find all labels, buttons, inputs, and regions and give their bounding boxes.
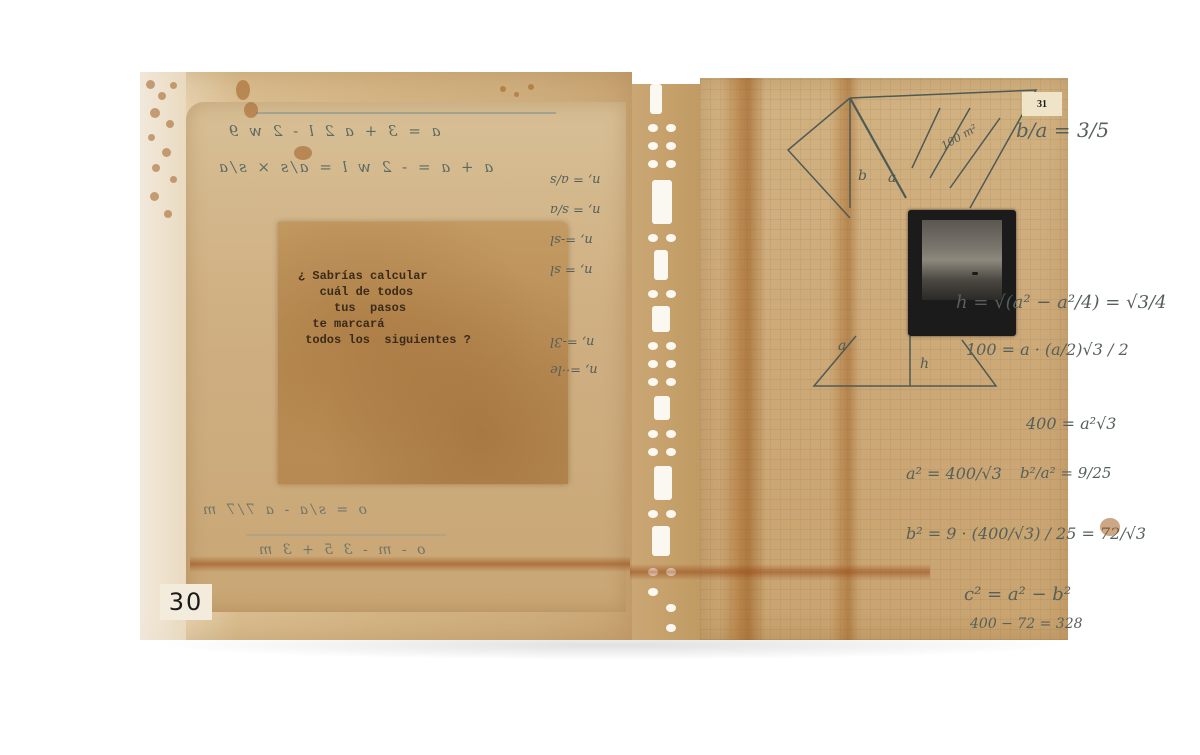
binding-hole <box>648 430 658 438</box>
margin-equation: n, = a/s <box>550 172 600 187</box>
binding-hole <box>666 448 676 456</box>
binding-hole <box>648 234 658 242</box>
equation-a-squared: a² = 400/√3 <box>906 464 1002 483</box>
stain-spot <box>294 146 312 160</box>
poem-line-4: te marcará <box>298 316 384 332</box>
binding-hole <box>648 360 658 368</box>
binding-hole <box>666 378 676 386</box>
binding-hole <box>666 142 676 150</box>
torn-edge <box>650 84 662 114</box>
svg-text:h: h <box>920 356 929 372</box>
mirrored-equation: a = 3 + a 2 l - 2 w 9 <box>226 122 441 140</box>
stain-spot <box>166 120 174 128</box>
binding-hole <box>648 124 658 132</box>
ruled-line <box>246 534 446 536</box>
ruled-line <box>256 112 556 114</box>
binding-hole <box>648 510 658 518</box>
margin-equation: n, = sl <box>550 262 593 277</box>
stain-spot <box>162 148 171 157</box>
geometry-diagram: b a 100 m² h a <box>700 78 1068 640</box>
binding-hole <box>666 430 676 438</box>
binding-hole <box>648 160 658 168</box>
equation-final: 400 − 72 = 328 <box>970 616 1083 632</box>
torn-edge <box>652 526 670 556</box>
bird-silhouette <box>972 272 978 275</box>
binding-hole <box>648 378 658 386</box>
binding-hole <box>666 234 676 242</box>
stain-spot <box>150 108 160 118</box>
upper-triangle-left <box>788 98 850 218</box>
equation-area: 100 = a · (a/2)√3 / 2 <box>966 340 1129 359</box>
poem-line-1: ¿ Sabrías calcular <box>298 268 428 284</box>
binding-hole <box>666 160 676 168</box>
torn-edge <box>654 466 672 500</box>
poem-line-5: todos los siguientes ? <box>298 332 471 348</box>
horizontal-stain <box>190 556 630 572</box>
stain-spot <box>1100 518 1120 536</box>
binding-hole <box>666 124 676 132</box>
photo-seascape <box>922 220 1002 300</box>
page-number-left: 30 <box>160 584 212 620</box>
equation-height: h = √(a² − a²/4) = √3/4 <box>956 292 1167 313</box>
mirrored-equation: a + a = - 2 w l = a/s × s/a <box>216 158 493 176</box>
stain-spot <box>528 84 534 90</box>
binding-hole <box>648 290 658 298</box>
torn-edge <box>654 396 670 420</box>
svg-text:b: b <box>858 168 867 184</box>
page-number-right: 31 <box>1022 92 1062 116</box>
tintype-photograph <box>908 210 1016 336</box>
margin-equation: n, =··le <box>550 362 598 377</box>
margin-equation: n, =-3l <box>550 334 594 349</box>
stain-spot <box>514 92 519 97</box>
stain-spot <box>500 86 506 92</box>
equation-area2: 400 = a²√3 <box>1026 414 1116 433</box>
stain-spot <box>158 92 166 100</box>
stain-spot <box>150 192 159 201</box>
binding-hole <box>666 510 676 518</box>
stain-spot <box>170 176 177 183</box>
notebook-artwork: a = 3 + a 2 l - 2 w 9 a + a = - 2 w l = … <box>140 68 1068 640</box>
svg-text:a: a <box>838 338 846 354</box>
binding-hole <box>648 448 658 456</box>
svg-text:a: a <box>888 170 896 186</box>
stain-spot <box>244 102 258 118</box>
stain-spot <box>146 80 155 89</box>
poem-line-2: cuál de todos <box>298 284 413 300</box>
binding-hole <box>648 588 658 596</box>
left-page: a = 3 + a 2 l - 2 w 9 a + a = - 2 w l = … <box>140 72 632 640</box>
mirrored-scribble: o = s/a - a 7/7 m <box>200 502 367 518</box>
equation-ratio: b/a = 3/5 <box>1016 118 1109 142</box>
binding-hole <box>648 342 658 350</box>
typed-note-paper: ¿ Sabrías calcular cuál de todos tus pas… <box>278 222 568 484</box>
equation-ratio2: b²/a² = 9/25 <box>1020 464 1111 482</box>
binding-hole <box>648 142 658 150</box>
binding-hole <box>666 360 676 368</box>
torn-edge <box>652 306 670 332</box>
binding-hole <box>666 290 676 298</box>
torn-edge <box>654 250 668 280</box>
binding-hole <box>666 604 676 612</box>
stain-spot <box>152 164 160 172</box>
stain-spot <box>170 82 177 89</box>
notebook-spine <box>632 84 702 640</box>
binding-hole <box>666 342 676 350</box>
right-page: b a 100 m² h a 31 b/a = 3/5 h = √(a² − a… <box>700 78 1068 640</box>
horizontal-stain <box>630 564 930 580</box>
stain-spot <box>236 80 250 100</box>
poem-line-3: tus pasos <box>298 300 406 316</box>
stain-spot <box>164 210 172 218</box>
stain-spot <box>148 134 155 141</box>
equation-c-squared: c² = a² − b² <box>964 584 1071 605</box>
margin-equation: n, =-sl <box>550 232 593 247</box>
left-page-edge <box>140 72 186 640</box>
margin-equation: n, = s/a <box>550 202 600 217</box>
torn-edge <box>652 180 672 224</box>
binding-hole <box>666 624 676 632</box>
